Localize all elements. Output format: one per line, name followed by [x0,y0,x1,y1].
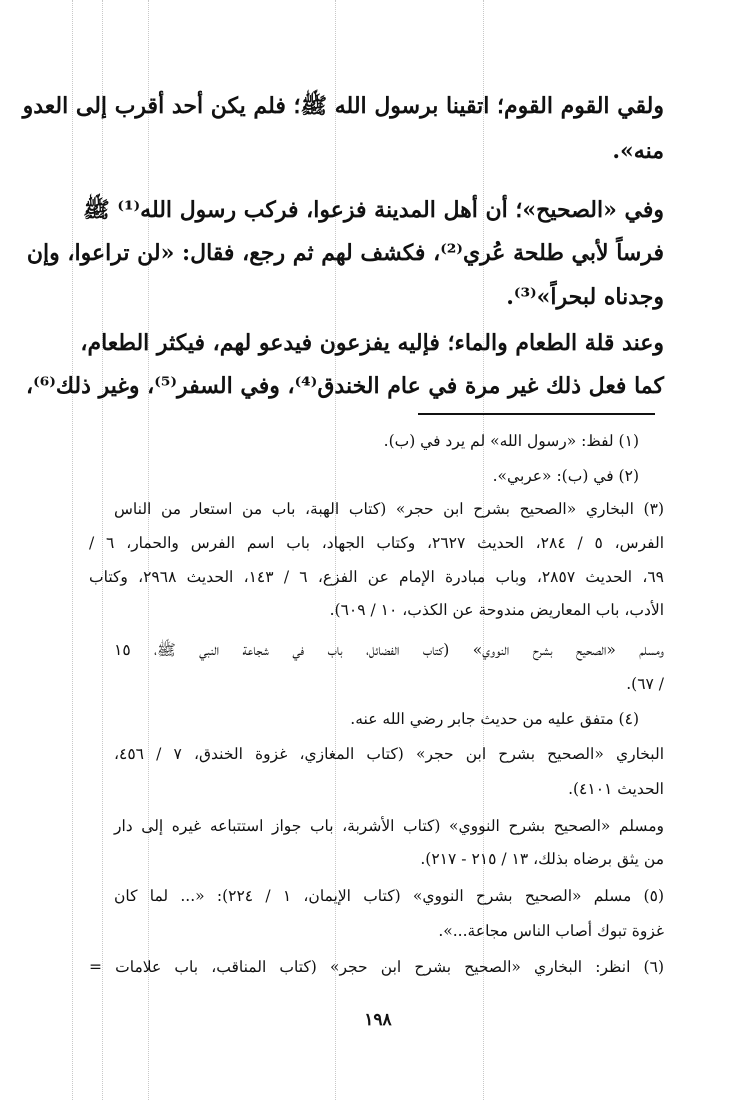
main-text-line: وعند قلة الطعام والماء؛ فإليه يفزعون فيد… [116,330,664,356]
footnote-line: / ٦٧). [626,675,664,693]
footnote-line: ٦٩، الحديث ٢٨٥٧، وباب مبادرة الإمام عن ا… [89,568,664,586]
main-text-line: كما فعل ذلك غير مرة في عام الخندق⁽⁴⁾، وف… [90,373,664,399]
main-text-line: ولقي القوم القوم؛ اتقينا برسول الله ﷺ؛ ف… [90,92,664,124]
page-number: ١٩٨ [0,1010,756,1030]
footnote-line: (١) لفظ: «رسول الله» لم يرد في (ب). [384,432,664,450]
footnote-line: ومسلم «الصحيح بشرح النووي» (كتاب الفضائل… [114,640,664,663]
main-text-line: وفي «الصحيح»؛ أن أهل المدينة فزعوا، فركب… [116,196,664,228]
footnote-line: غزوة تبوك أصاب الناس مجاعة...». [438,922,664,940]
footnote-line: (٥) مسلم «الصحيح بشرح النووي» (كتاب الإي… [114,887,664,905]
footnote-line: (٣) البخاري «الصحيح بشرح ابن حجر» (كتاب … [114,500,664,518]
main-text-line: وجدناه لبحراً»⁽³⁾. [506,284,664,310]
footnote-line: (٦) انظر: البخاري «الصحيح بشرح ابن حجر» … [89,958,664,976]
scan-artifact [72,0,73,1100]
footnote-line: الحديث ٤١٠١). [568,780,664,798]
main-text-line: فرساً لأبي طلحة عُري⁽²⁾، فكشف لهم ثم رجع… [90,240,664,266]
book-page: ولقي القوم القوم؛ اتقينا برسول الله ﷺ؛ ف… [0,0,756,1100]
footnote-line: الأدب، باب المعاريض مندوحة عن الكذب، ١٠ … [330,601,664,619]
footnote-line: من يثق برضاه بذلك، ١٣ / ٢١٥ - ٢١٧). [420,850,664,868]
footnote-line: البخاري «الصحيح بشرح ابن حجر» (كتاب المغ… [114,745,664,763]
main-text-line: منه». [612,138,664,164]
footnote-line: ومسلم «الصحيح بشرح النووي» (كتاب الأشربة… [114,817,664,835]
footnote-separator [418,413,655,415]
footnote-line: (٢) في (ب): «عربي». [493,467,664,485]
footnote-line: (٤) متفق عليه من حديث جابر رضي الله عنه. [350,710,664,728]
footnote-line: الفرس، ٥ / ٢٨٤، الحديث ٢٦٢٧، وكتاب الجها… [89,534,664,552]
